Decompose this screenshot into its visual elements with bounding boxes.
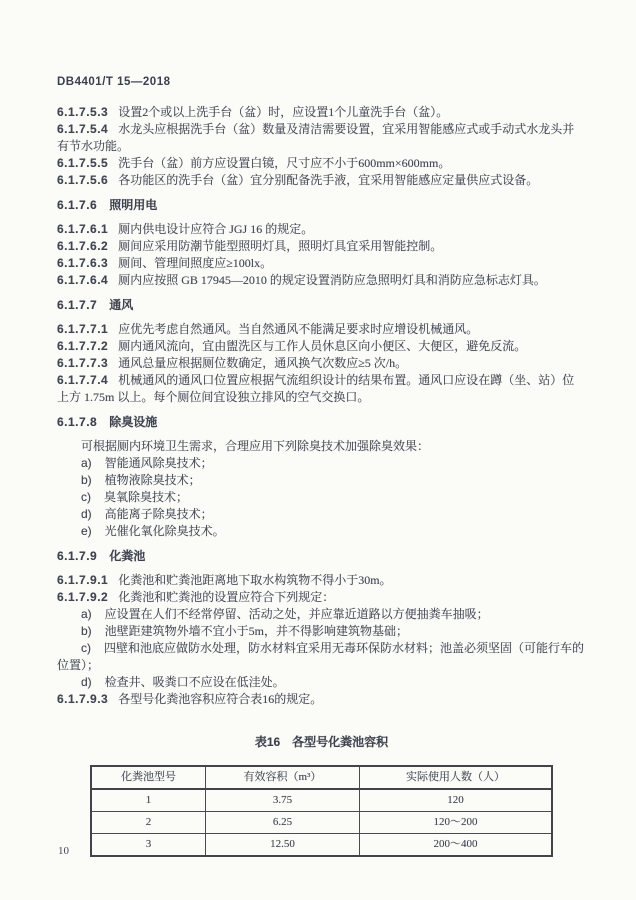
list-item: b)池壁距建筑物外墙不宜小于5m，并不得影响建筑物基础； [57, 623, 586, 640]
clause-number: 6.1.7.5.5 [57, 156, 108, 170]
clause-6.1.7.5.3: 6.1.7.5.3设置2个或以上洗手台（盆）时，应设置1个儿童洗手台（盆）。 [57, 104, 586, 121]
clause-text: 各型号化粪池容积应符合表16的规定。 [118, 692, 322, 706]
clause-6.1.7.6.1: 6.1.7.6.1厕内供电设计应符合 JGJ 16 的规定。 [57, 221, 586, 238]
clause-text: 各功能区的洗手台（盆）宜分别配备洗手液，宜采用智能感应定量供应式设备。 [118, 173, 538, 187]
list-item-letter: b) [81, 624, 92, 638]
heading-title: 照明用电 [109, 198, 157, 212]
clause-text: 厕间、管理间照度应≥100lx。 [118, 256, 272, 270]
clause-6.1.7.7.2: 6.1.7.7.2厕内通风流向，宜由盥洗区与工作人员休息区向小便区、大便区，避免… [57, 338, 586, 355]
section-heading-6.1.7.9: 6.1.7.9化粪池 [57, 548, 586, 565]
clause-number: 6.1.7.9.3 [57, 692, 108, 706]
clause-6.1.7.5.5: 6.1.7.5.5洗手台（盆）前方应设置白镜，尺寸应不小于600mm×600mm… [57, 155, 586, 172]
list-item: c)四壁和池底应做防水处理，防水材料宜采用无毒环保防水材料；池盖必须坚固（可能行… [57, 640, 586, 674]
list-item: a)智能通风除臭技术； [57, 455, 586, 472]
list-item: c)臭氧除臭技术； [57, 489, 586, 506]
list-item-letter: c) [81, 641, 91, 655]
clause-6.1.7.9.1: 6.1.7.9.1化粪池和贮粪池距离地下取水构筑物不得小于30m。 [57, 572, 586, 589]
clause-text: 设置2个或以上洗手台（盆）时，应设置1个儿童洗手台（盆）。 [118, 105, 448, 119]
table-row: 312.50200～400 [91, 834, 552, 857]
list-item-letter: c) [81, 490, 91, 504]
clause-text: 通风总量应根据厕位数确定，通风换气次数应≥5 次/h。 [118, 356, 407, 370]
clause-number: 6.1.7.7.1 [57, 322, 108, 336]
list-item: d)检查井、吸粪口不应设在低洼处。 [57, 674, 586, 691]
clause-number: 6.1.7.5.3 [57, 105, 108, 119]
table-cell: 3 [91, 834, 205, 857]
clause-number: 6.1.7.9.1 [57, 573, 108, 587]
list-item: b)植物液除臭技术； [57, 472, 586, 489]
clause-number: 6.1.7.6.3 [57, 256, 108, 270]
table-header-cell: 实际使用人数（人） [360, 766, 553, 789]
table-header-row: 化粪池型号有效容积（m³）实际使用人数（人） [91, 766, 552, 789]
clause-number: 6.1.7.5.4 [57, 122, 108, 136]
table-cell: 1 [91, 789, 205, 812]
clause-number: 6.1.7.7.4 [57, 373, 108, 387]
clause-6.1.7.7.1: 6.1.7.7.1应优先考虑自然通风。当自然通风不能满足要求时应增设机械通风。 [57, 321, 586, 338]
heading-title: 化粪池 [109, 549, 145, 563]
table-section: 表16 各型号化粪池容积 化粪池型号有效容积（m³）实际使用人数（人） 13.7… [57, 734, 586, 857]
clause-6.1.7.9.3: 6.1.7.9.3各型号化粪池容积应符合表16的规定。 [57, 691, 586, 708]
table-cell: 2 [91, 812, 205, 834]
clause-number: 6.1.7.9.2 [57, 590, 108, 604]
table-row: 13.75120 [91, 789, 552, 812]
table-cell: 120～200 [360, 812, 553, 834]
clause-text: 化粪池和贮粪池的设置应符合下列规定： [118, 590, 334, 604]
heading-number: 6.1.7.6 [57, 198, 97, 212]
table-caption: 表16 各型号化粪池容积 [57, 734, 586, 751]
clause-6.1.7.7.3: 6.1.7.7.3通风总量应根据厕位数确定，通风换气次数应≥5 次/h。 [57, 355, 586, 372]
list-item-letter: d) [81, 675, 92, 689]
clause-6.1.7.7.4: 6.1.7.7.4机械通风的通风口位置应根据气流组织设计的结果布置。通风口应设在… [57, 372, 586, 406]
list-item-letter: a) [81, 456, 92, 470]
page-number: 10 [58, 845, 69, 857]
clause-text: 化粪池和贮粪池距离地下取水构筑物不得小于30m。 [118, 573, 391, 587]
list-item-text: 臭氧除臭技术； [104, 490, 188, 504]
table-cell: 6.25 [205, 812, 359, 834]
clause-number: 6.1.7.7.3 [57, 356, 108, 370]
heading-title: 通风 [109, 298, 133, 312]
list-item: a)应设置在人们不经常停留、活动之处，并应靠近道路以方便抽粪车抽吸； [57, 606, 586, 623]
list-item-text: 智能通风除臭技术； [105, 456, 213, 470]
list-item-text: 高能离子除臭技术； [105, 507, 213, 521]
clause-6.1.7.9.2: 6.1.7.9.2化粪池和贮粪池的设置应符合下列规定： [57, 589, 586, 606]
list-item-text: 检查井、吸粪口不应设在低洼处。 [105, 675, 285, 689]
list-item-letter: e) [81, 524, 92, 538]
list-item-text: 池壁距建筑物外墙不宜小于5m，并不得影响建筑物基础； [105, 624, 408, 638]
clause-6.1.7.5.4: 6.1.7.5.4水龙头应根据洗手台（盆）数量及清洁需要设置，宜采用智能感应式或… [57, 121, 586, 155]
section-heading-6.1.7.6: 6.1.7.6照明用电 [57, 197, 586, 214]
heading-title: 除臭设施 [109, 415, 157, 429]
list-item-text: 应设置在人们不经常停留、活动之处，并应靠近道路以方便抽粪车抽吸； [105, 607, 489, 621]
heading-number: 6.1.7.9 [57, 549, 97, 563]
table-header-cell: 有效容积（m³） [205, 766, 359, 789]
table-header-cell: 化粪池型号 [91, 766, 205, 789]
paragraph: 可根据厕内环境卫生需求，合理应用下列除臭技术加强除臭效果： [57, 438, 586, 455]
table-cell: 12.50 [205, 834, 359, 857]
clause-6.1.7.6.4: 6.1.7.6.4厕内应按照 GB 17945—2010 的规定设置消防应急照明… [57, 272, 586, 289]
table-cell: 120 [360, 789, 553, 812]
section-heading-6.1.7.8: 6.1.7.8除臭设施 [57, 414, 586, 431]
clause-text: 应优先考虑自然通风。当自然通风不能满足要求时应增设机械通风。 [118, 322, 478, 336]
clause-number: 6.1.7.6.2 [57, 239, 108, 253]
document-content: 6.1.7.5.3设置2个或以上洗手台（盆）时，应设置1个儿童洗手台（盆）。6.… [57, 104, 586, 857]
clause-6.1.7.6.2: 6.1.7.6.2厕间应采用防潮节能型照明灯具，照明灯具宜采用智能控制。 [57, 238, 586, 255]
clause-text: 洗手台（盆）前方应设置白镜，尺寸应不小于600mm×600mm。 [118, 156, 450, 170]
list-item-letter: b) [81, 473, 92, 487]
list-item-letter: d) [81, 507, 92, 521]
clause-number: 6.1.7.6.1 [57, 222, 108, 236]
clause-number: 6.1.7.5.6 [57, 173, 108, 187]
list-item-text: 植物液除臭技术； [105, 473, 201, 487]
table-cell: 3.75 [205, 789, 359, 812]
clause-text: 厕内供电设计应符合 JGJ 16 的规定。 [118, 222, 313, 236]
list-item: e)光催化氧化除臭技术。 [57, 523, 586, 540]
clause-number: 6.1.7.6.4 [57, 273, 108, 287]
heading-number: 6.1.7.7 [57, 298, 97, 312]
clause-text: 厕内通风流向，宜由盥洗区与工作人员休息区向小便区、大便区，避免反流。 [118, 339, 526, 353]
heading-number: 6.1.7.8 [57, 415, 97, 429]
table-row: 26.25120～200 [91, 812, 552, 834]
clause-text: 厕内应按照 GB 17945—2010 的规定设置消防应急照明灯具和消防应急标志… [118, 273, 546, 287]
clause-number: 6.1.7.7.2 [57, 339, 108, 353]
clause-text: 水龙头应根据洗手台（盆）数量及清洁需要设置，宜采用智能感应式或手动式水龙头并有节… [57, 122, 574, 153]
table-cell: 200～400 [360, 834, 553, 857]
document-page: DB4401/T 15—2018 6.1.7.5.3设置2个或以上洗手台（盆）时… [0, 0, 636, 900]
section-heading-6.1.7.7: 6.1.7.7通风 [57, 297, 586, 314]
list-item: d)高能离子除臭技术； [57, 506, 586, 523]
clause-6.1.7.6.3: 6.1.7.6.3厕间、管理间照度应≥100lx。 [57, 255, 586, 272]
list-item-text: 四壁和池底应做防水处理，防水材料宜采用无毒环保防水材料；池盖必须坚固（可能行车的… [57, 641, 584, 672]
document-standard-number: DB4401/T 15—2018 [57, 76, 170, 88]
list-item-text: 光催化氧化除臭技术。 [105, 524, 225, 538]
septic-tank-capacity-table: 化粪池型号有效容积（m³）实际使用人数（人） 13.7512026.25120～… [90, 765, 553, 857]
clause-text: 厕间应采用防潮节能型照明灯具，照明灯具宜采用智能控制。 [118, 239, 442, 253]
table-body: 13.7512026.25120～200312.50200～400 [91, 789, 552, 856]
document-body: 6.1.7.5.3设置2个或以上洗手台（盆）时，应设置1个儿童洗手台（盆）。6.… [57, 104, 586, 708]
clause-6.1.7.5.6: 6.1.7.5.6各功能区的洗手台（盆）宜分别配备洗手液，宜采用智能感应定量供应… [57, 172, 586, 189]
clause-text: 机械通风的通风口位置应根据气流组织设计的结果布置。通风口应设在蹲（坐、站）位上方… [57, 373, 574, 404]
list-item-letter: a) [81, 607, 92, 621]
